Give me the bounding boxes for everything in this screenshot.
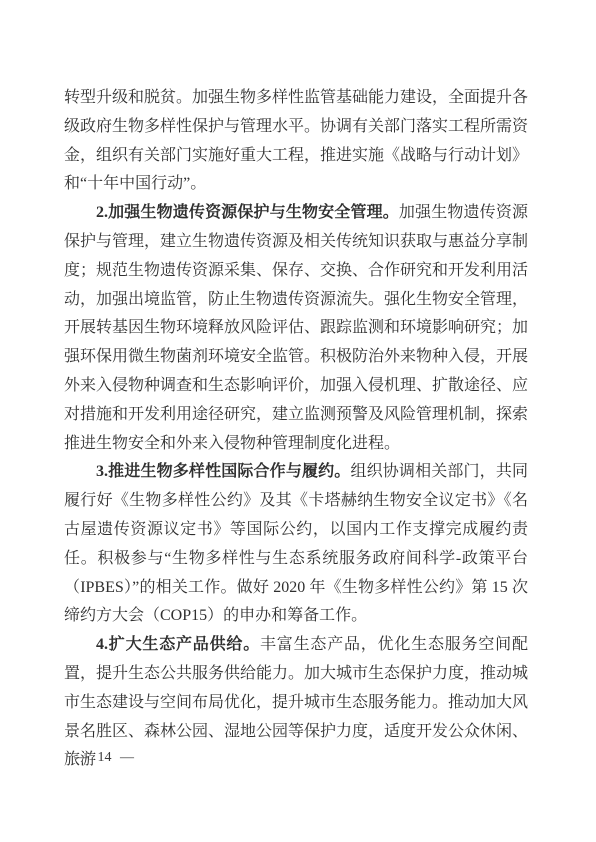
paragraph-body: 转型升级和脱贫。加强生物多样性监管基础能力建设，全面提升各级政府生物多样性保护与… (64, 89, 528, 192)
paragraph-lead: 4.扩大生态产品供给。 (96, 636, 260, 653)
paragraph: 转型升级和脱贫。加强生物多样性监管基础能力建设，全面提升各级政府生物多样性保护与… (64, 84, 528, 199)
page-footer: — 14 — (75, 750, 134, 766)
paragraph-body: 组织协调相关部门，共同履行好《生物多样性公约》及其《卡塔赫纳生物安全议定书》《名… (64, 463, 528, 624)
document-body: 转型升级和脱贫。加强生物多样性监管基础能力建设，全面提升各级政府生物多样性保护与… (64, 84, 528, 775)
paragraph-lead: 2.加强生物遗传资源保护与生物安全管理。 (96, 204, 399, 221)
paragraph-body: 丰富生态产品，优化生态服务空间配置，提升生态公共服务供给能力。加大城市生态保护力… (64, 636, 528, 768)
document-page: 转型升级和脱贫。加强生物多样性监管基础能力建设，全面提升各级政府生物多样性保护与… (0, 0, 596, 842)
paragraph: 3.推进生物多样性国际合作与履约。组织协调相关部门，共同履行好《生物多样性公约》… (64, 458, 528, 631)
paragraph-lead: 3.推进生物多样性国际合作与履约。 (96, 463, 350, 480)
paragraph-body: 加强生物遗传资源保护与管理，建立生物遗传资源及相关传统知识获取与惠益分享制度；规… (64, 204, 528, 451)
paragraph: 2.加强生物遗传资源保护与生物安全管理。加强生物遗传资源保护与管理，建立生物遗传… (64, 199, 528, 458)
page-number: — 14 — (75, 750, 134, 765)
